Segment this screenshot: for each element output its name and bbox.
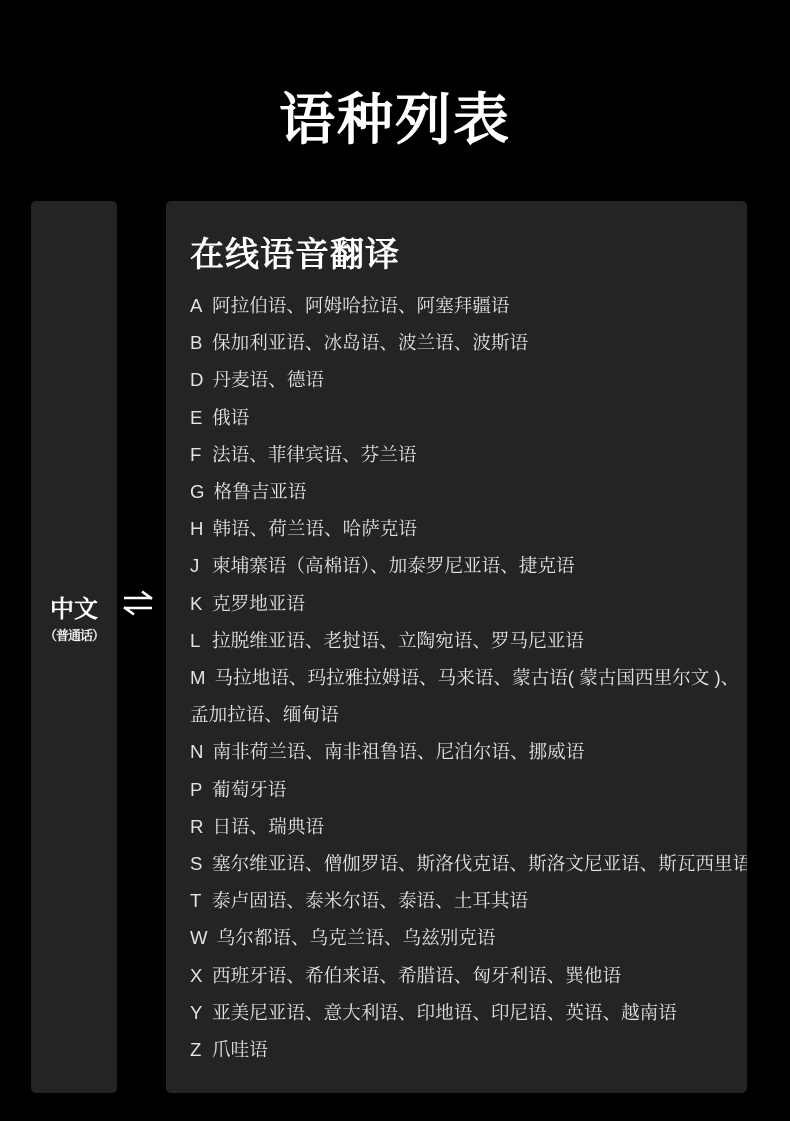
- entry-languages: 泰卢固语、泰米尔语、泰语、土耳其语: [212, 890, 528, 911]
- language-entry-row: Y亚美尼亚语、意大利语、印地语、印尼语、英语、越南语: [190, 994, 725, 1031]
- entry-languages: 法语、菲律宾语、芬兰语: [212, 444, 417, 465]
- entry-languages: 塞尔维亚语、僧伽罗语、斯洛伐克语、斯洛文尼亚语、斯瓦西里语: [212, 853, 747, 874]
- entry-letter: X: [190, 957, 203, 994]
- entry-languages: 保加利亚语、冰岛语、波兰语、波斯语: [212, 332, 528, 353]
- entry-letter: W: [190, 919, 208, 956]
- entry-languages: 丹麦语、德语: [212, 369, 324, 390]
- entry-languages: 韩语、荷兰语、哈萨克语: [212, 518, 417, 539]
- entry-letter: E: [190, 399, 203, 436]
- entry-languages: 日语、瑞典语: [212, 816, 324, 837]
- entry-letter: Z: [190, 1031, 203, 1068]
- entry-languages: 马拉地语、玛拉雅拉姆语、马来语、蒙古语( 蒙古国西里尔文 )、: [215, 667, 740, 688]
- language-list-panel: 在线语音翻译 A阿拉伯语、阿姆哈拉语、阿塞拜疆语 B保加利亚语、冰岛语、波兰语、…: [166, 201, 747, 1093]
- language-entry-row: D丹麦语、德语: [190, 361, 725, 398]
- language-entry-row: R日语、瑞典语: [190, 808, 725, 845]
- entry-letter: G: [190, 473, 204, 510]
- entry-letter: H: [190, 510, 203, 547]
- language-entry-row: Z爪哇语: [190, 1031, 725, 1068]
- language-entries: A阿拉伯语、阿姆哈拉语、阿塞拜疆语 B保加利亚语、冰岛语、波兰语、波斯语 D丹麦…: [190, 287, 725, 1068]
- page-title: 语种列表: [0, 76, 790, 156]
- language-entry-row: A阿拉伯语、阿姆哈拉语、阿塞拜疆语: [190, 287, 725, 324]
- entry-letter: J: [190, 547, 203, 584]
- language-entry-row: E俄语: [190, 399, 725, 436]
- entry-languages: 西班牙语、希伯来语、希腊语、匈牙利语、巽他语: [212, 965, 621, 986]
- source-language-sublabel: （普通话）: [31, 625, 117, 644]
- language-entry-row: B保加利亚语、冰岛语、波兰语、波斯语: [190, 324, 725, 361]
- entry-languages: 拉脱维亚语、老挝语、立陶宛语、罗马尼亚语: [212, 630, 584, 651]
- language-entry-row: H韩语、荷兰语、哈萨克语: [190, 510, 725, 547]
- entry-languages: 俄语: [212, 407, 249, 428]
- language-entry-row: S塞尔维亚语、僧伽罗语、斯洛伐克语、斯洛文尼亚语、斯瓦西里语: [190, 845, 725, 882]
- entry-letter: B: [190, 324, 203, 361]
- page: 语种列表 中文 （普通话） 在线语音翻译 A阿拉伯语、阿姆哈拉语、阿塞拜疆语 B…: [0, 0, 790, 1121]
- entry-letter: Y: [190, 994, 203, 1031]
- language-entry-row: X西班牙语、希伯来语、希腊语、匈牙利语、巽他语: [190, 957, 725, 994]
- entry-letter: F: [190, 436, 203, 473]
- language-entry-row: K克罗地亚语: [190, 585, 725, 622]
- entry-languages: 南非荷兰语、南非祖鲁语、尼泊尔语、挪威语: [212, 741, 584, 762]
- entry-languages: 孟加拉语、缅甸语: [190, 704, 339, 725]
- language-entry-row: M马拉地语、玛拉雅拉姆语、马来语、蒙古语( 蒙古国西里尔文 )、: [190, 659, 725, 696]
- entry-letter: A: [190, 287, 203, 324]
- entry-letter: P: [190, 771, 203, 808]
- language-entry-row: W乌尔都语、乌克兰语、乌兹别克语: [190, 919, 725, 956]
- entry-letter: M: [190, 659, 206, 696]
- source-language-panel: 中文 （普通话）: [31, 201, 117, 1093]
- language-entry-row: N南非荷兰语、南非祖鲁语、尼泊尔语、挪威语: [190, 733, 725, 770]
- entry-languages: 乌尔都语、乌克兰语、乌兹别克语: [217, 927, 496, 948]
- source-language-label: 中文: [31, 589, 117, 624]
- language-entry-row: 孟加拉语、缅甸语: [190, 696, 725, 733]
- entry-languages: 柬埔寨语（高棉语）、加泰罗尼亚语、捷克语: [212, 555, 575, 576]
- language-entry-row: G格鲁吉亚语: [190, 473, 725, 510]
- entry-languages: 格鲁吉亚语: [213, 481, 306, 502]
- language-entry-row: T泰卢固语、泰米尔语、泰语、土耳其语: [190, 882, 725, 919]
- language-entry-row: F法语、菲律宾语、芬兰语: [190, 436, 725, 473]
- language-entry-row: L拉脱维亚语、老挝语、立陶宛语、罗马尼亚语: [190, 622, 725, 659]
- panel-heading: 在线语音翻译: [190, 234, 725, 276]
- entry-letter: K: [190, 585, 203, 622]
- entry-letter: S: [190, 845, 203, 882]
- entry-languages: 葡萄牙语: [212, 779, 286, 800]
- entry-languages: 亚美尼亚语、意大利语、印地语、印尼语、英语、越南语: [212, 1002, 677, 1023]
- entry-letter: N: [190, 733, 203, 770]
- entry-letter: D: [190, 361, 203, 398]
- entry-letter: L: [190, 622, 203, 659]
- entry-languages: 阿拉伯语、阿姆哈拉语、阿塞拜疆语: [212, 295, 510, 316]
- entry-letter: R: [190, 808, 203, 845]
- entry-languages: 克罗地亚语: [212, 593, 305, 614]
- language-entry-row: P葡萄牙语: [190, 771, 725, 808]
- language-entry-row: J柬埔寨语（高棉语）、加泰罗尼亚语、捷克语: [190, 547, 725, 584]
- entry-languages: 爪哇语: [212, 1039, 268, 1060]
- swap-arrows-icon[interactable]: [120, 586, 156, 620]
- entry-letter: T: [190, 882, 203, 919]
